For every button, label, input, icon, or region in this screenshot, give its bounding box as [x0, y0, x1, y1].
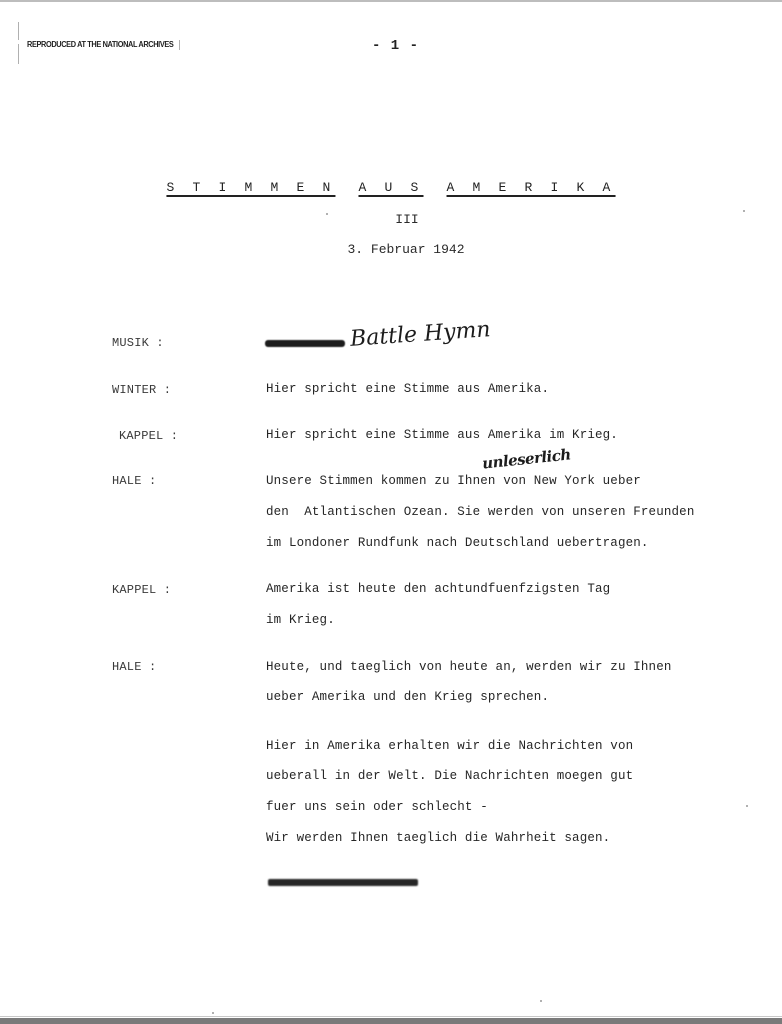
dialogue-line: Hier spricht eine Stimme aus Amerika.: [266, 382, 549, 396]
viewer-bottom-bar: [0, 1018, 782, 1024]
redaction-mark: [268, 879, 418, 886]
dialogue-line: Hier in Amerika erhalten wir die Nachric…: [266, 739, 633, 753]
document-title: S T I M M E N A U S A M E R I K A: [0, 180, 782, 195]
dialogue-line: Heute, und taeglich von heute an, werden…: [266, 660, 672, 674]
dialogue-line: den Atlantischen Ozean. Sie werden von u…: [266, 505, 694, 519]
scan-speck: [212, 1012, 214, 1014]
page-number: - 1 -: [372, 38, 419, 54]
title-word-amerika: A M E R I K A: [447, 180, 616, 195]
title-word-stimmen: S T I M M E N: [166, 180, 335, 195]
speaker-kappel: KAPPEL :: [119, 429, 178, 443]
dialogue-line: ueberall in der Welt. Die Nachrichten mo…: [266, 769, 633, 783]
dialogue-line: im Krieg.: [266, 613, 335, 627]
scan-speck: [540, 1000, 542, 1002]
speaker-winter: WINTER :: [112, 383, 171, 397]
dialogue-line: Unsere Stimmen kommen zu Ihnen von New Y…: [266, 474, 641, 488]
dialogue-line: Hier spricht eine Stimme aus Amerika im …: [266, 428, 618, 442]
dialogue-line: Wir werden Ihnen taeglich die Wahrheit s…: [266, 831, 610, 845]
scan-mark: [179, 40, 180, 50]
redaction-mark: [265, 340, 345, 347]
dialogue-line: ueber Amerika und den Krieg sprechen.: [266, 690, 549, 704]
dialogue-line: Amerika ist heute den achtundfuenfzigste…: [266, 582, 610, 596]
scan-mark: [18, 22, 19, 40]
scan-speck: [743, 210, 745, 212]
speaker-musik: MUSIK :: [112, 336, 164, 350]
episode-number: III: [16, 212, 782, 227]
broadcast-date: 3. Februar 1942: [15, 242, 782, 257]
scan-speck: [326, 213, 328, 215]
dialogue-line: im Londoner Rundfunk nach Deutschland ue…: [266, 536, 649, 550]
page-top-edge: [0, 0, 782, 2]
archive-stamp: REPRODUCED AT THE NATIONAL ARCHIVES: [27, 40, 173, 49]
speaker-kappel: KAPPEL :: [112, 583, 171, 597]
handwritten-note-battle-hymn: Battle Hymn: [349, 317, 491, 352]
handwritten-annotation: unleserlich: [481, 445, 571, 472]
dialogue-line: fuer uns sein oder schlecht -: [266, 800, 488, 814]
speaker-hale: HALE :: [112, 474, 156, 488]
speaker-hale: HALE :: [112, 660, 156, 674]
scan-mark: [18, 44, 19, 64]
scan-speck: [746, 805, 748, 807]
page-bottom-edge: [0, 1016, 782, 1017]
title-word-aus: A U S: [358, 180, 423, 195]
